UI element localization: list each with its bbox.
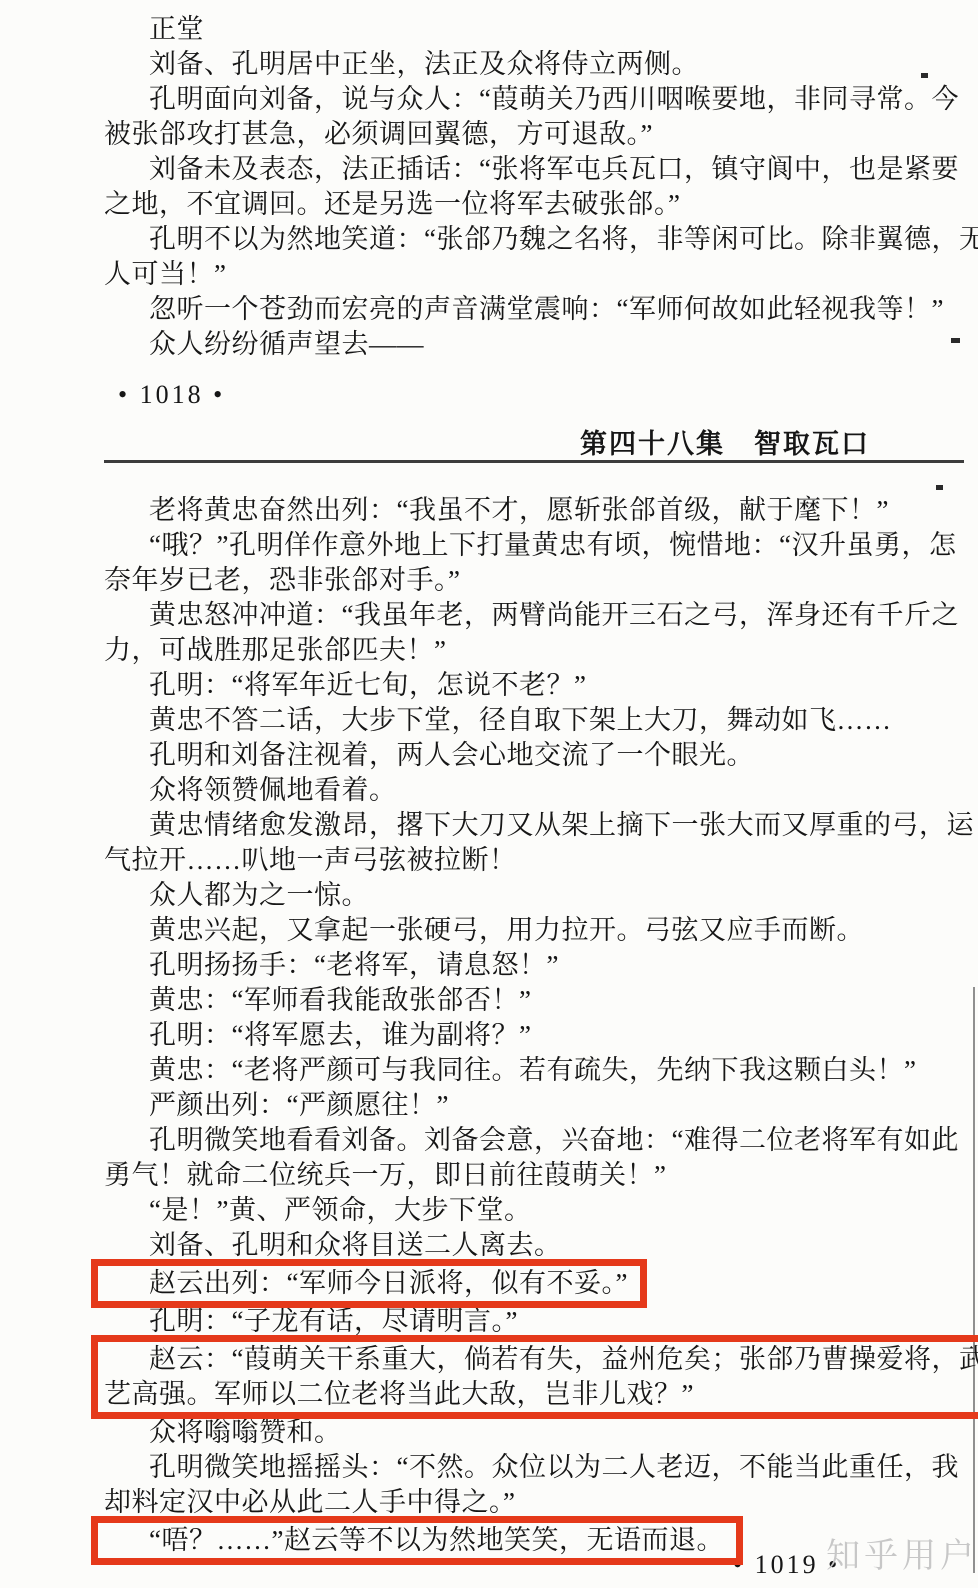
text-line: 黄忠：“老将严颜可与我同往。若有疏失，先纳下我这颗白头！” bbox=[104, 1053, 876, 1088]
text-line: 赵云出列：“军师今日派将，似有不妥。” bbox=[104, 1266, 628, 1301]
text-line: 众人都为之一惊。 bbox=[104, 878, 876, 913]
text-line: 众将嗡嗡赞和。 bbox=[104, 1415, 876, 1450]
text-line: 气拉开……叭地一声弓弦被拉断！ bbox=[104, 843, 876, 878]
text-block: 老将黄忠奋然出列：“我虽不才，愿斩张郃首级，献于麾下！”“哦？”孔明佯作意外地上… bbox=[104, 493, 876, 1263]
header-rule bbox=[104, 460, 964, 463]
text-line: 孔明微笑地看看刘备。刘备会意，兴奋地：“难得二位老将军有如此 bbox=[104, 1123, 876, 1158]
text-line: 艺高强。军师以二位老将当此大敌，岂非儿戏？” bbox=[104, 1377, 978, 1412]
text-line: 严颜出列：“严颜愿往！” bbox=[104, 1088, 876, 1123]
running-head-chapter-title: 第四十八集 智取瓦口 bbox=[104, 422, 870, 461]
text-line: 孔明不以为然地笑道：“张郃乃魏之名将，非等闲可比。除非翼德，无 bbox=[104, 222, 876, 257]
page-number-1019: • 1019 • bbox=[733, 1550, 840, 1580]
scan-speck bbox=[921, 73, 928, 78]
text-line: 之地，不宜调回。还是另选一位将军去破张郃。” bbox=[104, 187, 876, 222]
text-line: 刘备、孔明居中正坐，法正及众将侍立两侧。 bbox=[104, 47, 876, 82]
text-line: “唔？……”赵云等不以为然地笑笑，无语而退。 bbox=[104, 1523, 724, 1558]
zhihu-user-watermark: 知乎用户 bbox=[826, 1528, 978, 1577]
page-1018-text-column: 正堂刘备、孔明居中正坐，法正及众将侍立两侧。孔明面向刘备，说与众人：“葭萌关乃西… bbox=[104, 12, 876, 362]
text-line: 人可当！” bbox=[104, 257, 876, 292]
text-line: 忽听一个苍劲而宏亮的声音满堂震响：“军师何故如此轻视我等！” bbox=[104, 292, 876, 327]
text-line: 刘备、孔明和众将目送二人离去。 bbox=[104, 1228, 876, 1263]
text-line: 被张郃攻打甚急，必须调回翼德，方可退敌。” bbox=[104, 117, 876, 152]
text-line: 黄忠兴起，又拿起一张硬弓，用力拉开。弓弦又应手而断。 bbox=[104, 913, 876, 948]
text-line: “哦？”孔明佯作意外地上下打量黄忠有顷，惋惜地：“汉升虽勇，怎 bbox=[104, 528, 876, 563]
text-block: 正堂刘备、孔明居中正坐，法正及众将侍立两侧。孔明面向刘备，说与众人：“葭萌关乃西… bbox=[104, 12, 876, 362]
page-1019-text-column: 老将黄忠奋然出列：“我虽不才，愿斩张郃首级，献于麾下！”“哦？”孔明佯作意外地上… bbox=[104, 493, 876, 1561]
text-line: 孔明：“子龙有话，尽请明言。” bbox=[104, 1304, 876, 1339]
text-line: 正堂 bbox=[104, 12, 876, 47]
text-line: 黄忠：“军师看我能敌张郃否！” bbox=[104, 983, 876, 1018]
text-line: 孔明：“将军愿去，谁为副将？” bbox=[104, 1018, 876, 1053]
text-line: 孔明：“将军年近七旬，怎说不老？” bbox=[104, 668, 876, 703]
highlight-box: 赵云：“葭萌关干系重大，倘若有失，益州危矣；张郃乃曹操爱将，武艺高强。军师以二位… bbox=[91, 1335, 978, 1419]
text-line: 孔明和刘备注视着，两人会心地交流了一个眼光。 bbox=[104, 738, 876, 773]
text-line: “是！”黄、严领命，大步下堂。 bbox=[104, 1193, 876, 1228]
text-line: 孔明面向刘备，说与众人：“葭萌关乃西川咽喉要地，非同寻常。今 bbox=[104, 82, 876, 117]
text-line: 奈年岁已老，恐非张郃对手。” bbox=[104, 563, 876, 598]
text-line: 黄忠怒冲冲道：“我虽年老，两臂尚能开三石之弓，浑身还有千斤之 bbox=[104, 598, 876, 633]
page-number-1018: • 1018 • bbox=[118, 380, 225, 410]
text-block: 众将嗡嗡赞和。孔明微笑地摇摇头：“不然。众位以为二人老迈，不能当此重任，我却料定… bbox=[104, 1415, 876, 1520]
text-line: 力，可战胜那足张郃匹夫！” bbox=[104, 633, 876, 668]
scan-edge-line bbox=[973, 987, 975, 1573]
text-line: 众将领赞佩地看着。 bbox=[104, 773, 876, 808]
text-block: 孔明：“子龙有话，尽请明言。” bbox=[104, 1304, 876, 1339]
text-line: 黄忠不答二话，大步下堂，径自取下架上大刀，舞动如飞…… bbox=[104, 703, 876, 738]
text-line: 孔明扬扬手：“老将军，请息怒！” bbox=[104, 948, 876, 983]
highlight-box: 赵云出列：“军师今日派将，似有不妥。” bbox=[91, 1259, 647, 1308]
scan-speck bbox=[936, 485, 943, 490]
text-line: 刘备未及表态，法正插话：“张将军屯兵瓦口，镇守阆中，也是紧要 bbox=[104, 152, 876, 187]
text-line: 黄忠情绪愈发激昂，撂下大刀又从架上摘下一张大而又厚重的弓，运 bbox=[104, 808, 876, 843]
text-line: 赵云：“葭萌关干系重大，倘若有失，益州危矣；张郃乃曹操爱将，武 bbox=[104, 1342, 978, 1377]
text-line: 却料定汉中必从此二人手中得之。” bbox=[104, 1485, 876, 1520]
text-line: 众人纷纷循声望去—— bbox=[104, 327, 876, 362]
text-line: 孔明微笑地摇摇头：“不然。众位以为二人老迈，不能当此重任，我 bbox=[104, 1450, 876, 1485]
text-line: 老将黄忠奋然出列：“我虽不才，愿斩张郃首级，献于麾下！” bbox=[104, 493, 876, 528]
text-line: 勇气！就命二位统兵一万，即日前往葭萌关！” bbox=[104, 1158, 876, 1193]
highlight-box: “唔？……”赵云等不以为然地笑笑，无语而退。 bbox=[91, 1516, 743, 1565]
scan-speck bbox=[951, 338, 960, 343]
